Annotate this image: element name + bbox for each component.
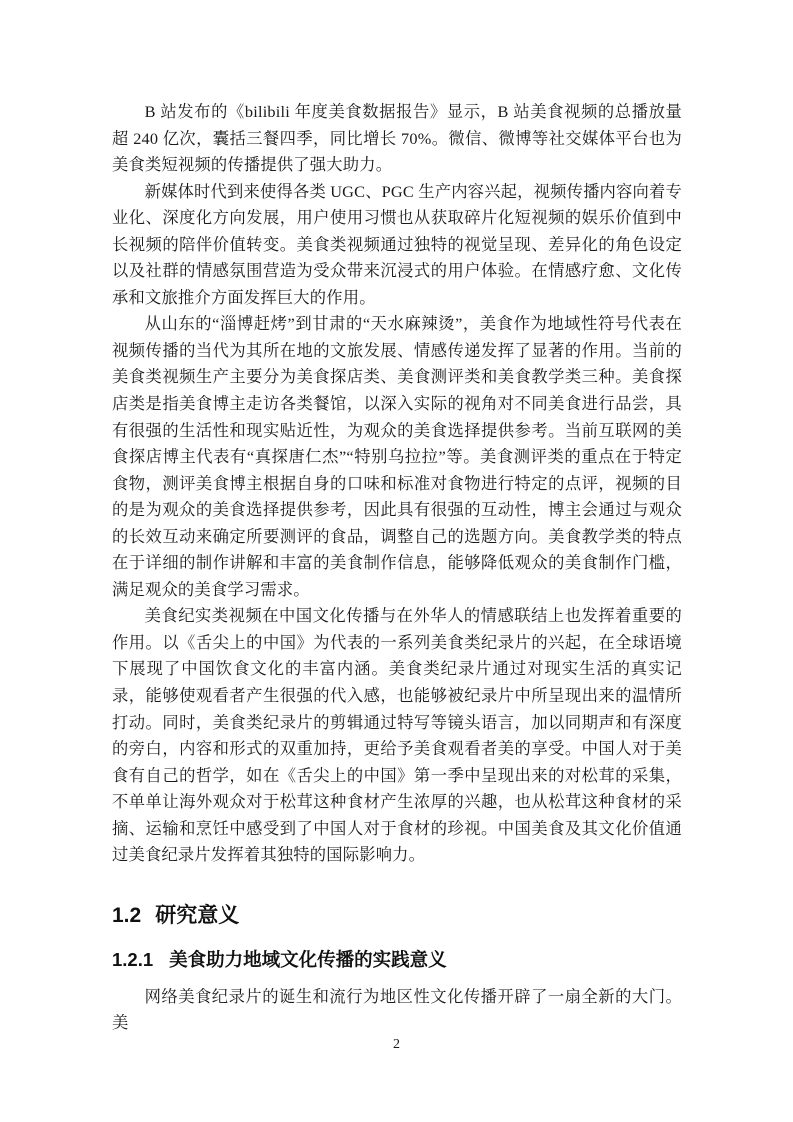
section-heading-1-2: 1.2研究意义 (112, 902, 682, 930)
paragraph-bilibili-report: B 站发布的《bilibili 年度美食数据报告》显示，B 站美食视频的总播放量… (112, 99, 682, 179)
document-page: B 站发布的《bilibili 年度美食数据报告》显示，B 站美食视频的总播放量… (0, 0, 793, 1122)
paragraph-food-documentary: 美食纪实类视频在中国文化传播与在外华人的情感联结上也发挥着重要的作用。以《舌尖上… (112, 603, 682, 868)
subsection-heading-1-2-1: 1.2.1美食助力地域文化传播的实践意义 (112, 947, 682, 973)
section-title: 研究意义 (155, 904, 239, 927)
page-number: 2 (0, 1036, 793, 1054)
paragraph-new-media-era: 新媒体时代到来使得各类 UGC、PGC 生产内容兴起，视频传播内容向着专业化、深… (112, 179, 682, 312)
page-content: B 站发布的《bilibili 年度美食数据报告》显示，B 站美食视频的总播放量… (112, 99, 682, 1037)
paragraph-online-food-documentary: 网络美食纪录片的诞生和流行为地区性文化传播开辟了一扇全新的大门。美 (112, 984, 682, 1037)
subsection-number: 1.2.1 (112, 949, 153, 970)
section-number: 1.2 (112, 904, 141, 927)
paragraph-regional-food-symbols: 从山东的“淄博赶烤”到甘肃的“天水麻辣烫”，美食作为地域性符号代表在视频传播的当… (112, 311, 682, 603)
subsection-title: 美食助力地域文化传播的实践意义 (169, 949, 447, 970)
